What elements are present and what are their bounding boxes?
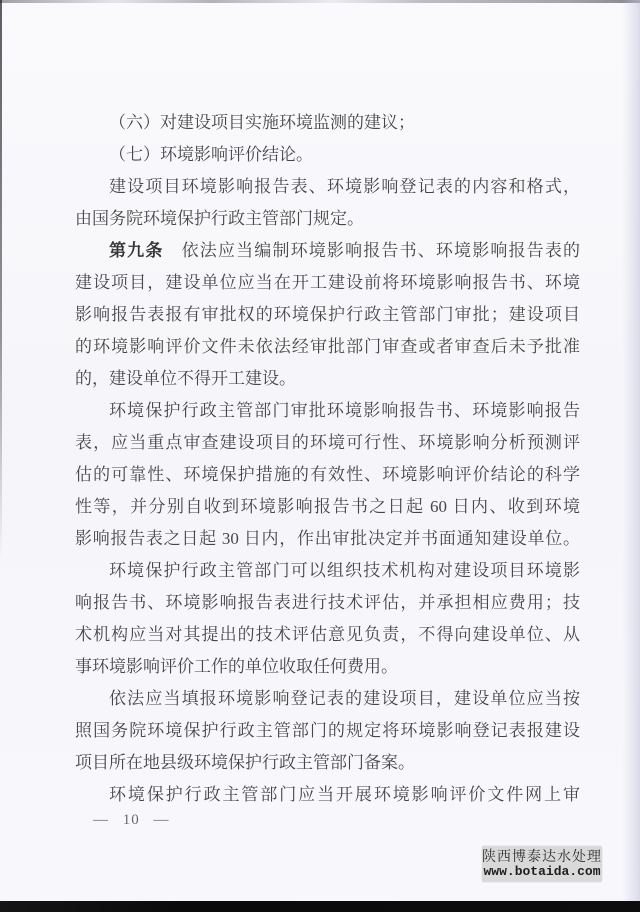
text-line: 项目所在地县级环境保护行政主管部门备案。	[75, 747, 580, 779]
paragraph: 环境保护行政主管部门可以组织技术机构对建设项目环境影响报告书、环境影响报告表进行…	[75, 555, 580, 683]
text-line: 表，应当重点审查建设项目的环境可行性、环境影响分析预测评	[75, 427, 580, 459]
text-line: 估的可靠性、环境保护措施的有效性、环境影响评价结论的科学	[75, 459, 580, 491]
text-line: 术机构应当对其提出的技术评估意见负责，不得向建设单位、从	[75, 619, 580, 651]
text-line: 的，建设单位不得开工建设。	[75, 363, 580, 395]
paragraph: 建设项目环境影响报告表、环境影响登记表的内容和格式，由国务院环境保护行政主管部门…	[75, 171, 580, 235]
text-line: （六）对建设项目实施环境监测的建议；	[75, 107, 580, 139]
paragraph: （七）环境影响评价结论。	[75, 139, 580, 171]
paragraph: 环境保护行政主管部门审批环境影响报告书、环境影响报告表，应当重点审查建设项目的环…	[75, 395, 580, 555]
scanned-document-page: （六）对建设项目实施环境监测的建议；（七）环境影响评价结论。建设项目环境影响报告…	[0, 0, 640, 912]
text-line: 的环境影响评价文件未依法经审批部门审查或者审查后未予批准	[75, 331, 580, 363]
text-line: 环境保护行政主管部门应当开展环境影响评价文件网上审	[75, 779, 580, 811]
paragraph: （六）对建设项目实施环境监测的建议；	[75, 107, 580, 139]
text-line: 依法应当填报环境影响登记表的建设项目，建设单位应当按	[75, 683, 580, 715]
text-line: 影响报告表之日起 30 日内，作出审批决定并书面通知建设单位。	[75, 523, 580, 555]
paragraph: 第九条 依法应当编制环境影响报告书、环境影响报告表的建设项目，建设单位应当在开工…	[75, 235, 580, 395]
scan-edge-left	[0, 0, 2, 560]
text-line: 建设项目，建设单位应当在开工建设前将环境影响报告书、环境	[75, 267, 580, 299]
text-line: 事环境影响评价工作的单位收取任何费用。	[75, 651, 580, 683]
watermark-website: www.botaida.com	[482, 864, 602, 879]
scan-edge-top	[0, 0, 640, 3]
text-line: 环境保护行政主管部门可以组织技术机构对建设项目环境影	[75, 555, 580, 587]
text-line: 建设项目环境影响报告表、环境影响登记表的内容和格式，	[75, 171, 580, 203]
text-line: 影响报告表报有审批权的环境保护行政主管部门审批；建设项目	[75, 299, 580, 331]
article-number: 第九条	[109, 241, 163, 260]
document-text: （六）对建设项目实施环境监测的建议；（七）环境影响评价结论。建设项目环境影响报告…	[75, 107, 580, 811]
watermark-company: 陕西博泰达水处理	[482, 848, 602, 864]
text-line: 第九条 依法应当编制环境影响报告书、环境影响报告表的	[75, 235, 580, 267]
bottom-scan-bar	[0, 901, 640, 912]
text-line: 照国务院环境保护行政主管部门的规定将环境影响登记表报建设	[75, 715, 580, 747]
watermark-badge: 陕西博泰达水处理 www.botaida.com	[482, 846, 602, 882]
paragraph: 环境保护行政主管部门应当开展环境影响评价文件网上审	[75, 779, 580, 811]
text-line: 响报告书、环境影响报告表进行技术评估，并承担相应费用；技	[75, 587, 580, 619]
page-number: — 10 —	[93, 812, 170, 829]
paragraph: 依法应当填报环境影响登记表的建设项目，建设单位应当按照国务院环境保护行政主管部门…	[75, 683, 580, 779]
text-line: 性等，并分别自收到环境影响报告书之日起 60 日内、收到环境	[75, 491, 580, 523]
text-line: （七）环境影响评价结论。	[75, 139, 580, 171]
text-line: 由国务院环境保护行政主管部门规定。	[75, 203, 580, 235]
page-right-shadow	[622, 0, 640, 912]
text-line: 环境保护行政主管部门审批环境影响报告书、环境影响报告	[75, 395, 580, 427]
